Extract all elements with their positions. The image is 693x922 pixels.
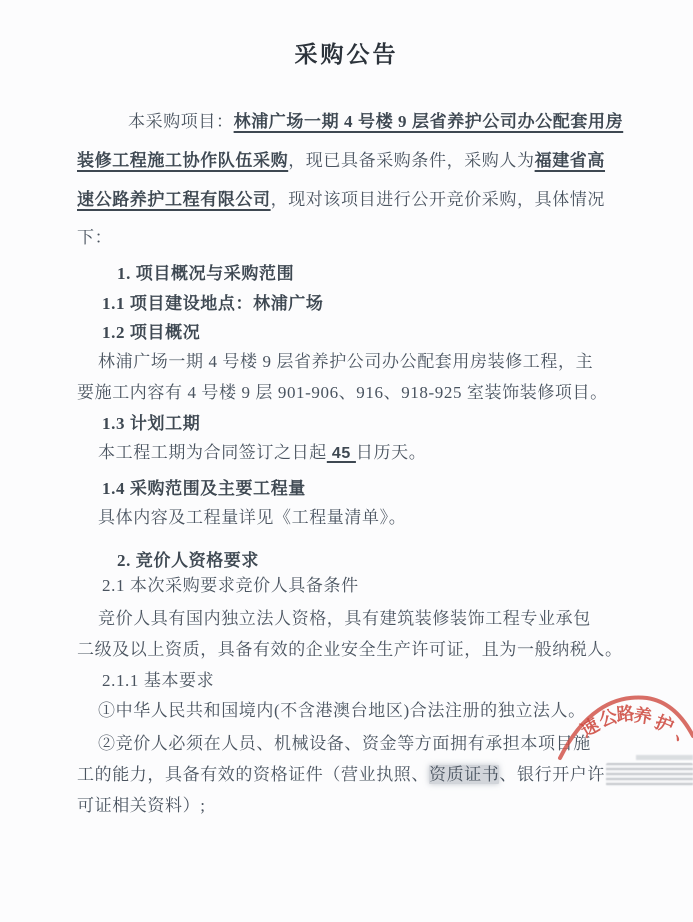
section2-sub-2-1-1: 2.1.1 基本要求 [102, 671, 214, 690]
highlighted-text: 资质证书 [429, 765, 499, 784]
page-title: 采购公告 [0, 36, 693, 69]
requirement-item-1: ①中华人民共和国境内(不含港澳台地区)合法注册的独立法人。 [98, 701, 586, 720]
requirement-item-2-line-2: 工的能力，具备有效的资格证件（营业执照、资质证书、银行开户许 [77, 765, 605, 784]
intro-line-1: 本采购项目：林浦广场一期 4 号楼 9 层省养护公司办公配套用房 [128, 112, 623, 131]
scanned-procurement-notice: 采购公告 本采购项目：林浦广场一期 4 号楼 9 层省养护公司办公配套用房 装修… [0, 0, 693, 922]
scan-smudge [606, 763, 693, 786]
project-name-part1: 林浦广场一期 4 号楼 9 层省养护公司办公配套用房 [234, 112, 624, 131]
requirement-item-2-line-1: ②竞价人必须在人员、机械设备、资金等方面拥有承担本项目施 [98, 734, 591, 753]
intro-rest-text: ，现对该项目进行公开竞价采购，具体情况 [271, 190, 605, 209]
section1-sub-1-2: 1.2 项目概况 [102, 323, 200, 342]
section1-sub-1-4: 1.4 采购范围及主要工程量 [102, 479, 306, 498]
qualification-line-2: 二级及以上资质，具备有效的企业安全生产许可证，且为一般纳税人。 [77, 640, 623, 659]
buyer-name-part1: 福建省高 [535, 151, 605, 170]
project-overview-line-1: 林浦广场一期 4 号楼 9 层省养护公司办公配套用房装修工程，主 [98, 352, 593, 371]
scope-line: 具体内容及工程量详见《工程量清单》。 [98, 508, 406, 527]
intro-line-2: 装修工程施工协作队伍采购，现已具备采购条件，采购人为福建省高 [77, 151, 605, 170]
intro-label: 本采购项目： [128, 112, 234, 131]
section1-sub-1-1: 1.1 项目建设地点：林浦广场 [102, 294, 324, 313]
seal-char: 路 [616, 702, 636, 724]
seal-char: 护 [652, 711, 677, 737]
requirement-item-2-line-3: 可证相关资料）; [77, 796, 206, 815]
seal-char: 养 [633, 704, 654, 727]
section2-heading: 2. 竞价人资格要求 [117, 551, 259, 570]
duration-days-value: 45 [327, 445, 356, 462]
section1-sub-1-3: 1.3 计划工期 [102, 414, 200, 433]
seal-mark: 、 [672, 724, 693, 750]
item2-text-a: 工的能力，具备有效的资格证件（营业执照、 [77, 765, 429, 784]
section1-heading: 1. 项目概况与采购范围 [117, 264, 294, 283]
qualification-line-1: 竞价人具有国内独立法人资格，具有建筑装修装饰工程专业承包 [98, 609, 591, 628]
item2-text-b: 、银行开户许 [499, 765, 605, 784]
intro-mid-text: ，现已具备采购条件，采购人为 [288, 151, 534, 170]
schedule-suffix: 日历天。 [356, 443, 426, 462]
intro-line-3: 速公路养护工程有限公司，现对该项目进行公开竞价采购，具体情况 [77, 190, 605, 209]
project-overview-line-2: 要施工内容有 4 号楼 9 层 901-906、916、918-925 室装饰装… [77, 383, 608, 402]
schedule-prefix: 本工程工期为合同签订之日起 [98, 443, 327, 462]
schedule-line: 本工程工期为合同签订之日起 45 日历天。 [98, 443, 426, 463]
section2-sub-2-1: 2.1 本次采购要求竞价人具备条件 [102, 576, 359, 595]
project-name-part2: 装修工程施工协作队伍采购 [77, 151, 288, 170]
seal-char: 公 [596, 706, 619, 731]
buyer-name-part2: 速公路养护工程有限公司 [77, 190, 271, 209]
intro-line-4: 下： [77, 228, 112, 247]
scan-smudge [636, 755, 693, 760]
